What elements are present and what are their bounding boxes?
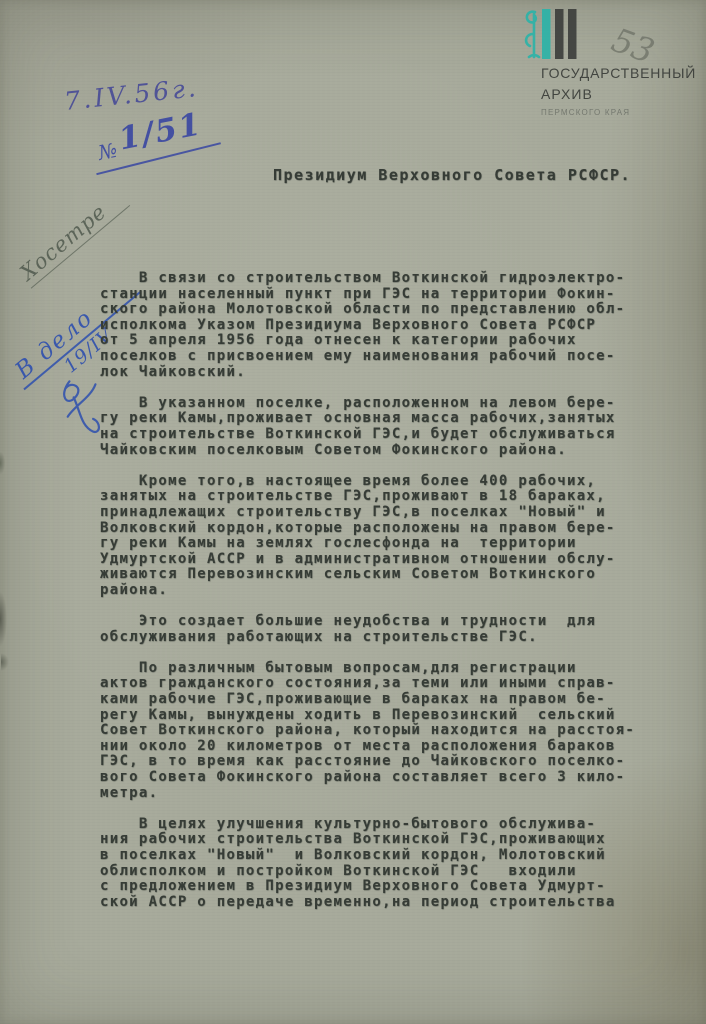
paragraph-6: В целях улучшения культурно-бытового обс…	[100, 817, 696, 911]
paragraph-5: По различным бытовым вопросам,для регист…	[100, 661, 696, 801]
scan-edge-smudge	[1, 653, 9, 671]
archive-region-line: ПЕРМСКОГО КРАЯ	[541, 108, 706, 117]
paragraph-1: В связи со строительством Воткинской гид…	[100, 271, 696, 380]
archive-watermark: ГОСУДАРСТВЕННЫЙ АРХИВ ПЕРМСКОГО КРАЯ	[520, 8, 706, 117]
archive-name-line1: ГОСУДАРСТВЕННЫЙ	[541, 65, 706, 81]
perm-archive-logo-icon	[522, 8, 580, 60]
scan-edge-smudge	[0, 452, 5, 474]
document-body: В связи со строительством Воткинской гид…	[100, 271, 696, 910]
paragraph-4: Это создает большие неудобства и труднос…	[100, 614, 696, 645]
archive-name-line2: АРХИВ	[541, 86, 706, 102]
paragraph-2: В указанном поселке, расположенном на ле…	[100, 396, 696, 458]
paragraph-3: Кроме того,в настоящее время более 400 р…	[100, 474, 696, 599]
handwritten-number-note: №1/51	[93, 106, 205, 165]
scan-edge-smudge	[0, 592, 7, 646]
document-heading: Президиум Верховного Совета РСФСР.	[273, 166, 631, 184]
scanned-document-page: ГОСУДАРСТВЕННЫЙ АРХИВ ПЕРМСКОГО КРАЯ 53 …	[0, 0, 706, 1024]
numero-sign: №	[96, 138, 119, 165]
